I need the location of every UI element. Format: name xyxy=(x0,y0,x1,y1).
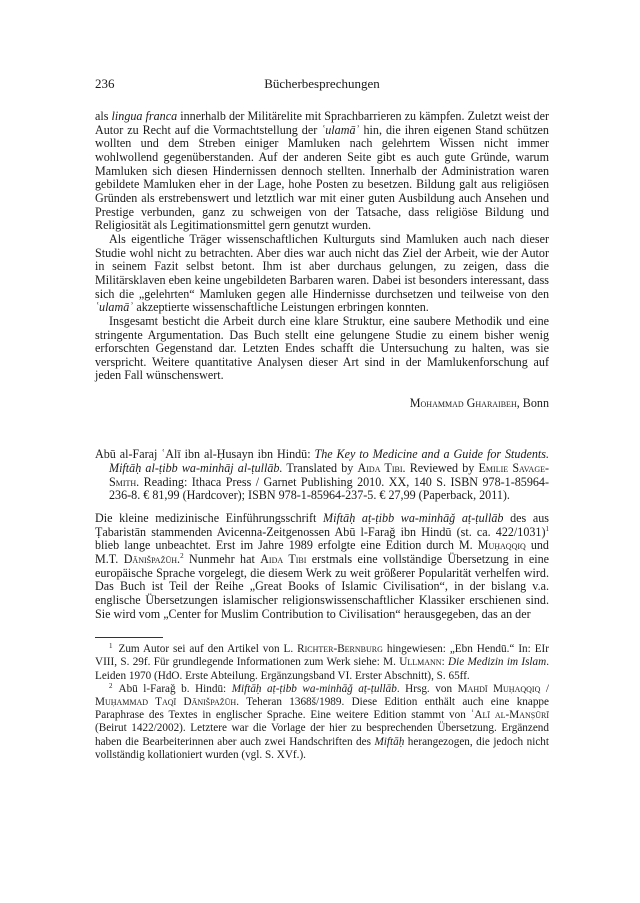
text-run: Als eigentliche Träger wissenschaftliche… xyxy=(95,232,549,301)
footnote-number: 1 xyxy=(109,642,113,650)
small-caps-name: Richter-Bernburg xyxy=(297,643,383,655)
text-run: blieb lange unbeachtet. Erst im Jahre 19… xyxy=(95,538,478,552)
italic-text: lingua franca xyxy=(112,109,178,123)
italic-text: Miftāḥ aṭ-ṭibb wa-minhāǧ aṭ-ṭullāb xyxy=(232,683,397,695)
footnote-1: 1Zum Autor sei auf den Artikel von L. Ri… xyxy=(95,643,549,683)
text-run: Zum Autor sei auf den Artikel von L. xyxy=(119,643,298,655)
text-run: Die kleine medizinische Einführungsschri… xyxy=(95,511,323,525)
text-run: . Reviewed by xyxy=(403,461,479,475)
section-title: Bücherbesprechungen xyxy=(95,76,549,92)
italic-text: Miftāḥ aṭ-ṭibb wa-minhāǧ aṭ-ṭullāb xyxy=(323,511,503,525)
journal-page: 236 Bücherbesprechungen als lingua franc… xyxy=(95,76,549,762)
paragraph: Die kleine medizinische Einführungsschri… xyxy=(95,512,549,621)
text-run: akzeptierte wissenschaftliche Leistungen… xyxy=(133,300,429,314)
text-run: Nunmehr hat xyxy=(184,552,261,566)
footnote-number: 2 xyxy=(109,682,113,690)
text-run: Translated by xyxy=(282,461,357,475)
previous-review-body: als lingua franca innerhalb der Militäre… xyxy=(95,110,549,383)
small-caps-name: Aida Tibi xyxy=(260,552,306,566)
small-caps-name: Aida Tibi xyxy=(358,461,403,475)
footnote-2: 2Abū l-Faraǧ b. Hindū: Miftāḥ aṭ-ṭibb wa… xyxy=(95,683,549,762)
reviewer-signature: Mohammad Gharaibeh, Bonn xyxy=(95,396,549,411)
running-head: 236 Bücherbesprechungen xyxy=(95,76,549,96)
text-run: Abū l-Faraǧ b. Hindū: xyxy=(119,683,232,695)
bibliographic-entry: Abū al-Faraj ʿAlī ibn al-Ḥusayn ibn Hind… xyxy=(95,448,549,503)
paragraph: Als eigentliche Träger wissenschaftliche… xyxy=(95,233,549,315)
text-run: als xyxy=(95,109,112,123)
paragraph: als lingua franca innerhalb der Militäre… xyxy=(95,110,549,233)
small-caps-name: Muḥaqqiq xyxy=(478,538,526,552)
text-run: hin, die ihren eigenen Stand schützen wo… xyxy=(95,123,549,233)
footnote-reference: 1 xyxy=(546,525,550,533)
reviewer-place: , Bonn xyxy=(517,396,549,410)
footnotes: 1Zum Autor sei auf den Artikel von L. Ri… xyxy=(95,643,549,762)
italic-text: Miftāḥ xyxy=(374,736,404,748)
footnote-divider xyxy=(95,637,163,638)
text-run: Abū al-Faraj ʿAlī ibn al-Ḥusayn ibn Hind… xyxy=(95,447,315,461)
text-run: . Hrsg. von xyxy=(397,683,458,695)
reviewer-name: Mohammad Gharaibeh xyxy=(410,396,517,410)
italic-text: Die Medizin im Islam xyxy=(448,656,546,668)
text-run: . Reading: Ithaca Press / Garnet Publish… xyxy=(109,475,549,503)
italic-text: ʿulamāʾ xyxy=(95,300,133,314)
italic-text: ʿulamāʾ xyxy=(321,123,359,137)
text-run: Insgesamt besticht die Arbeit durch eine… xyxy=(95,314,549,383)
small-caps-name: Dānišpažūh xyxy=(124,552,177,566)
small-caps-name: Alī al-Manṣūrī xyxy=(474,709,549,721)
small-caps-name: Ull­mann xyxy=(399,656,441,668)
new-review-body: Die kleine medizinische Einführungsschri… xyxy=(95,512,549,621)
paragraph: Insgesamt besticht die Arbeit durch eine… xyxy=(95,315,549,383)
